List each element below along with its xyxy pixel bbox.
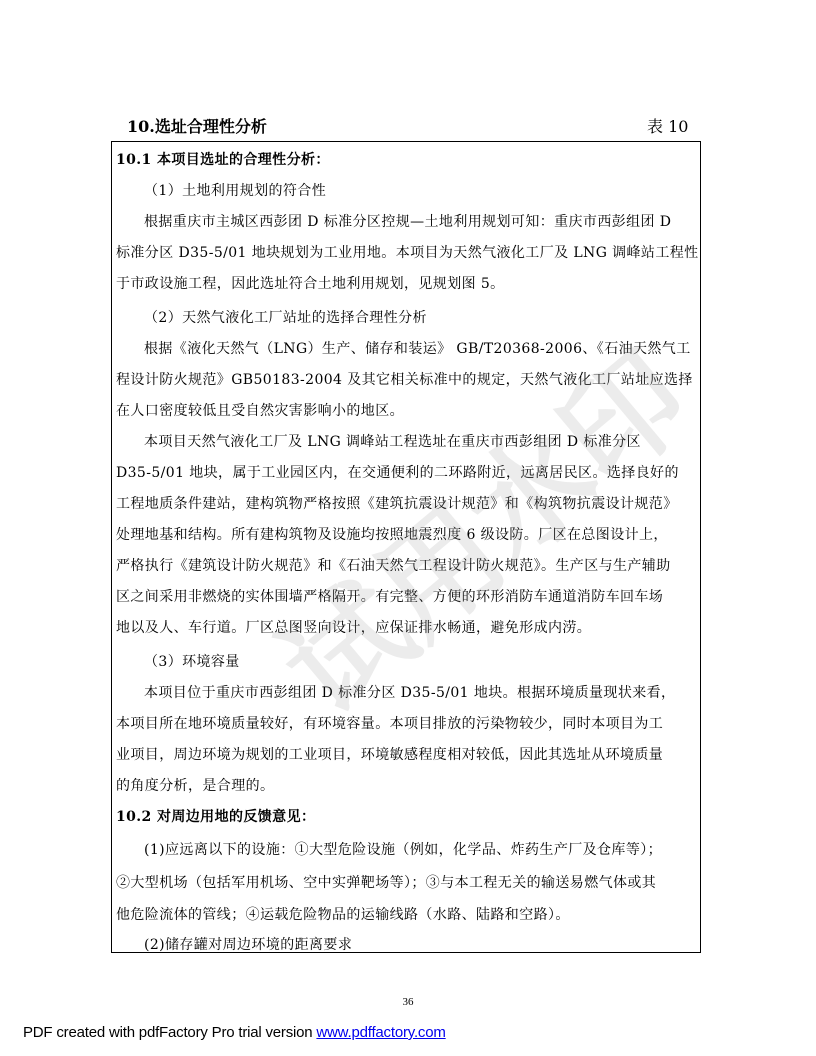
paragraph-line: D35-5/01 地块，属于工业园区内，在交通便利的二环路附近，远离居民区。选择… [116, 463, 696, 483]
paragraph-line: （2）天然气液化工厂站址的选择合理性分析 [116, 308, 724, 328]
paragraph-line: 处理地基和结构。所有建构筑物及设施均按照地震烈度 6 级设防。厂区在总图设计上， [116, 525, 696, 545]
paragraph-line: ②大型机场（包括军用机场、空中实弹靶场等）；③与本工程无关的输送易燃气体或其 [116, 873, 696, 893]
paragraph-line: (1)应远离以下的设施：①大型危险设施（例如，化学品、炸药生产厂及仓库等）； [116, 840, 724, 860]
paragraph-line: 业项目，周边环境为规划的工业项目，环境敏感程度相对较低，因此其选址从环境质量 [116, 745, 696, 765]
paragraph-line: (2)储存罐对周边环境的距离要求 [116, 935, 724, 955]
paragraph-line: 地以及人、车行道。厂区总图竖向设计，应保证排水畅通，避免形成内涝。 [116, 618, 696, 638]
paragraph-line: 他危险流体的管线；④运载危险物品的运输线路（水路、陆路和空路）。 [116, 905, 696, 925]
page-number: 36 [0, 996, 816, 1008]
pdf-footer: PDF created with pdfFactory Pro trial ve… [23, 1024, 446, 1041]
paragraph-line: 本项目天然气液化工厂及 LNG 调峰站工程选址在重庆市西彭组团 D 标准分区 [116, 432, 724, 452]
section-title: 10.选址合理性分析 [127, 116, 267, 138]
paragraph-line: 标准分区 D35-5/01 地块规划为工业用地。本项目为天然气液化工厂及 LNG… [116, 243, 696, 263]
paragraph-line: 根据重庆市主城区西彭团 D 标准分区控规—土地利用规划可知：重庆市西彭组团 D [116, 212, 724, 232]
paragraph-line: 严格执行《建筑设计防火规范》和《石油天然气工程设计防火规范》。生产区与生产辅助 [116, 556, 696, 576]
paragraph-line: 根据《液化天然气（LNG）生产、储存和装运》 GB/T20368-2006、《石… [116, 339, 724, 359]
section-heading: 10.2 对周边用地的反馈意见： [116, 807, 696, 827]
paragraph-line: 区之间采用非燃烧的实体围墙严格隔开。有完整、方便的环形消防车通道消防车回车场 [116, 587, 696, 607]
paragraph-line: 于市政设施工程，因此选址符合土地利用规划，见规划图 5。 [116, 274, 696, 294]
paragraph-line: （3）环境容量 [116, 652, 724, 672]
pdffactory-link[interactable]: www.pdffactory.com [316, 1024, 445, 1041]
section-heading: 10.1 本项目选址的合理性分析： [116, 150, 696, 170]
paragraph-line: 在人口密度较低且受自然灾害影响小的地区。 [116, 401, 696, 421]
paragraph-line: 本项目位于重庆市西彭组团 D 标准分区 D35-5/01 地块。根据环境质量现状… [116, 683, 724, 703]
paragraph-line: （1）土地利用规划的符合性 [116, 181, 724, 201]
paragraph-line: 工程地质条件建站，建构筑物严格按照《建筑抗震设计规范》和《构筑物抗震设计规范》 [116, 494, 696, 514]
table-label: 表 10 [647, 116, 688, 138]
footer-text: PDF created with pdfFactory Pro trial ve… [23, 1024, 316, 1041]
paragraph-line: 本项目所在地环境质量较好，有环境容量。本项目排放的污染物较少，同时本项目为工 [116, 714, 696, 734]
paragraph-line: 的角度分析，是合理的。 [116, 776, 696, 796]
paragraph-line: 程设计防火规范》GB50183-2004 及其它相关标准中的规定，天然气液化工厂… [116, 370, 696, 390]
